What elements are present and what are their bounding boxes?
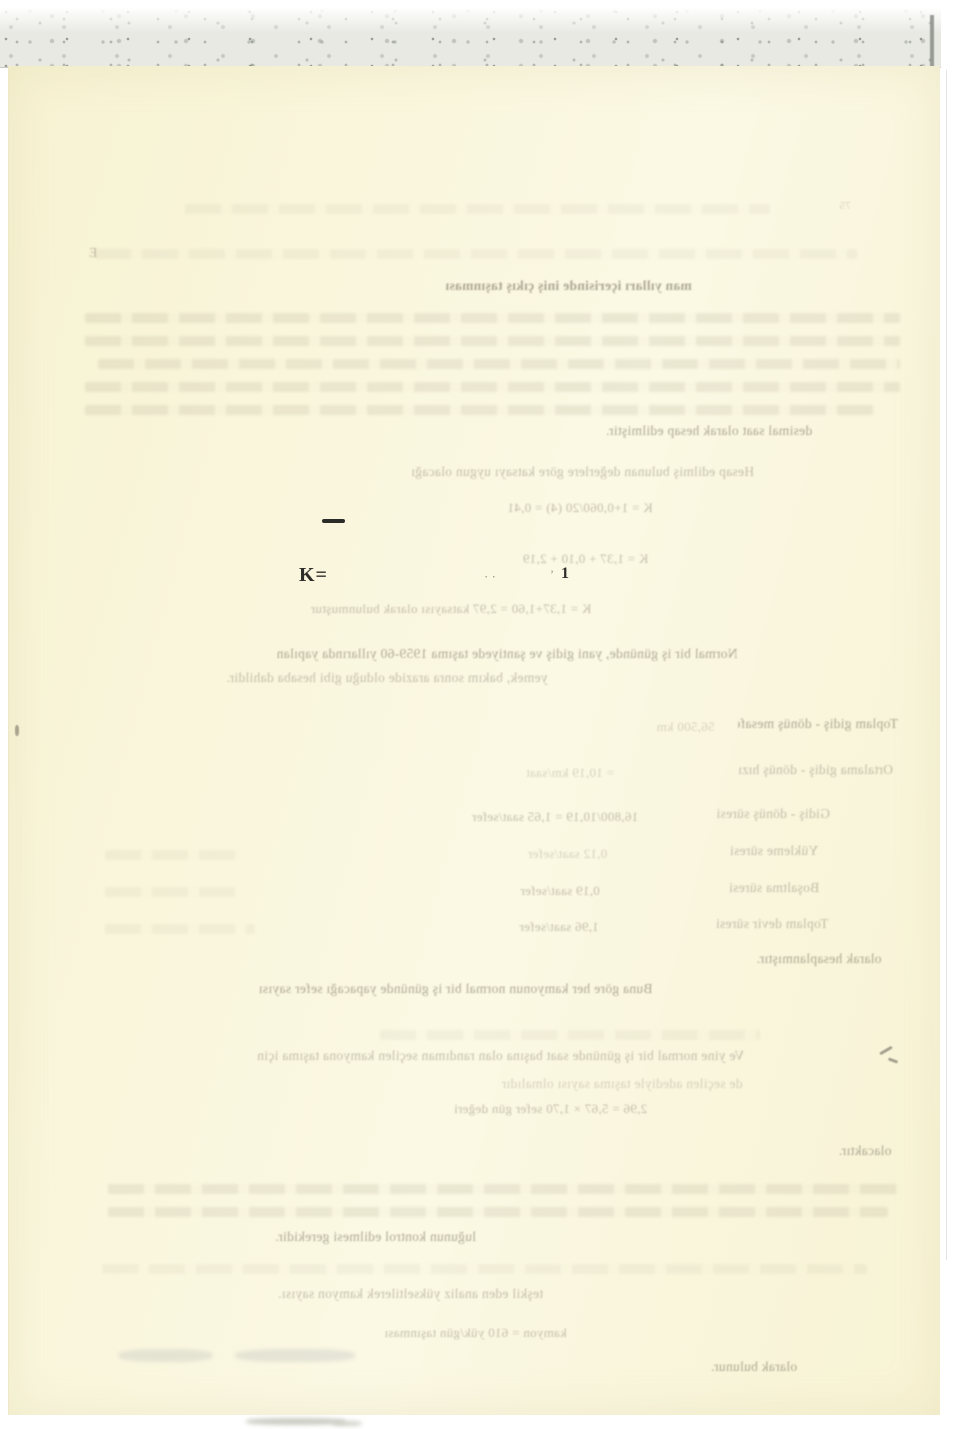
printed-k-equals: K= <box>299 564 328 587</box>
bottom-edge-smear <box>246 1418 346 1425</box>
faded-analiz-line <box>102 1264 867 1274</box>
faded-paragraph1-line2 <box>85 336 900 346</box>
bottom-smudge-1 <box>118 1349 213 1362</box>
ghost-olacaktir: olacaktır. <box>826 1143 904 1159</box>
ghost-veyine-line1: Ve yine normal bir iş gününde saat başın… <box>93 1048 908 1064</box>
noise-top-fade <box>0 7 941 33</box>
ghost-page-number: 75 <box>832 200 858 212</box>
ghost-title-line: man yılları içerisinde iniş çıkış taşınm… <box>396 278 741 294</box>
printed-one: 1 <box>561 565 569 583</box>
scanned-page-stage: 75 E man yılları içerisinde iniş çıkış t… <box>0 0 962 1429</box>
ghost-veyine-line2: de seçilen adediyle taşıma sayısı olmalı… <box>448 1076 796 1092</box>
ghost-buna-line: Buna göre her kamyonun normal bir iş gün… <box>143 981 768 997</box>
faded-header-line <box>185 204 770 214</box>
ghost-row4-label: Yükleme süresi <box>703 843 845 859</box>
printed-dots: · · <box>484 569 496 585</box>
ghost-olarak-hesaplanmistir: olarak hesaplanmıştır. <box>743 951 895 967</box>
ghost-row6-label: Toplam devir süresi <box>688 916 856 932</box>
ghost-row2-label: Ortalama gidiş - dönüş hızı <box>733 762 898 778</box>
left-margin-dot <box>15 725 19 736</box>
ghost-row1-value: 56,500 km <box>643 719 728 735</box>
scan-edge-line <box>930 15 934 67</box>
faded-paragraph3-line1 <box>108 1184 900 1194</box>
ghost-row4-value: 0,12 saat/sefer <box>475 846 660 862</box>
ghost-row3-value: 16,800/10,19 = 1,65 saat/sefer <box>440 809 670 825</box>
ghost-formula-3: K = 1,37+1,60 = 2,97 katsayısı olarak bu… <box>266 601 636 617</box>
faded-paragraph1-line1 <box>85 313 900 323</box>
ghost-lugunun-line: luğunun kontrol edilmesi gerekidir. <box>238 1229 513 1245</box>
ghost-olarak-bulunur: olarak bulunur. <box>698 1359 810 1375</box>
faded-paragraph3-line2 <box>108 1207 888 1217</box>
faded-line-1 <box>95 249 857 259</box>
ghost-hesap-line: Hesap edilmiş bulunan değerlere göre kat… <box>300 464 865 480</box>
ghost-row2-value: = 10,19 km/saat <box>440 765 700 781</box>
faded-paragraph1-line3 <box>98 359 900 369</box>
bottom-smudge-2 <box>235 1349 355 1362</box>
ghost-row5-value: 0,19 saat/sefer <box>455 883 665 899</box>
printed-dash <box>322 519 345 523</box>
ghost-row6-value: 1,96 saat/sefer <box>450 919 668 935</box>
ghost-normal-line2: yemek, bakım sonra arazide olduğu gibi h… <box>203 670 571 686</box>
ghost-row1-label: Toplam gidiş - dönüş mesafesi <box>738 716 898 732</box>
ghost-paragraph1-lastline: desimal saat olarak hesap edilmiştir. <box>558 423 860 439</box>
ghost-margin-mark: E <box>84 245 102 261</box>
scanner-noise-band <box>0 7 941 68</box>
ghost-formula-2: K = 1,37 + 0,10 + 2,19 <box>378 551 793 567</box>
faded-margin-smear-3 <box>105 924 255 934</box>
right-scan-line <box>946 70 947 1260</box>
ghost-row5-label: Boşaltma süresi <box>703 880 845 896</box>
faded-margin-smear-1 <box>105 850 245 860</box>
bottom-edge-smear-2 <box>332 1421 362 1426</box>
faded-formula-line <box>380 1030 760 1040</box>
ghost-kamyon-formula: kamyon = 610 yük/gün taşınması <box>308 1325 643 1341</box>
printed-apostrophe: ’ <box>550 567 554 582</box>
ghost-normal-line1: Normal bir iş gününde, yani gidiş ve şan… <box>113 646 901 662</box>
ghost-formula-4: 2,96 = 5,67 × 1,70 sefer gün değeri <box>378 1101 723 1117</box>
faded-margin-smear-2 <box>105 887 235 897</box>
ghost-formula-1: K = 1+0,060/20 (4) = 0,41 <box>460 500 700 516</box>
faded-paragraph1-line4 <box>85 382 900 392</box>
ghost-teskil-line: teşkil eden analiz yükseltilerek kamyon … <box>178 1286 643 1302</box>
faded-paragraph1-line5 <box>85 405 875 415</box>
ghost-row3-label: Gidiş - dönüş süresi <box>698 806 848 822</box>
